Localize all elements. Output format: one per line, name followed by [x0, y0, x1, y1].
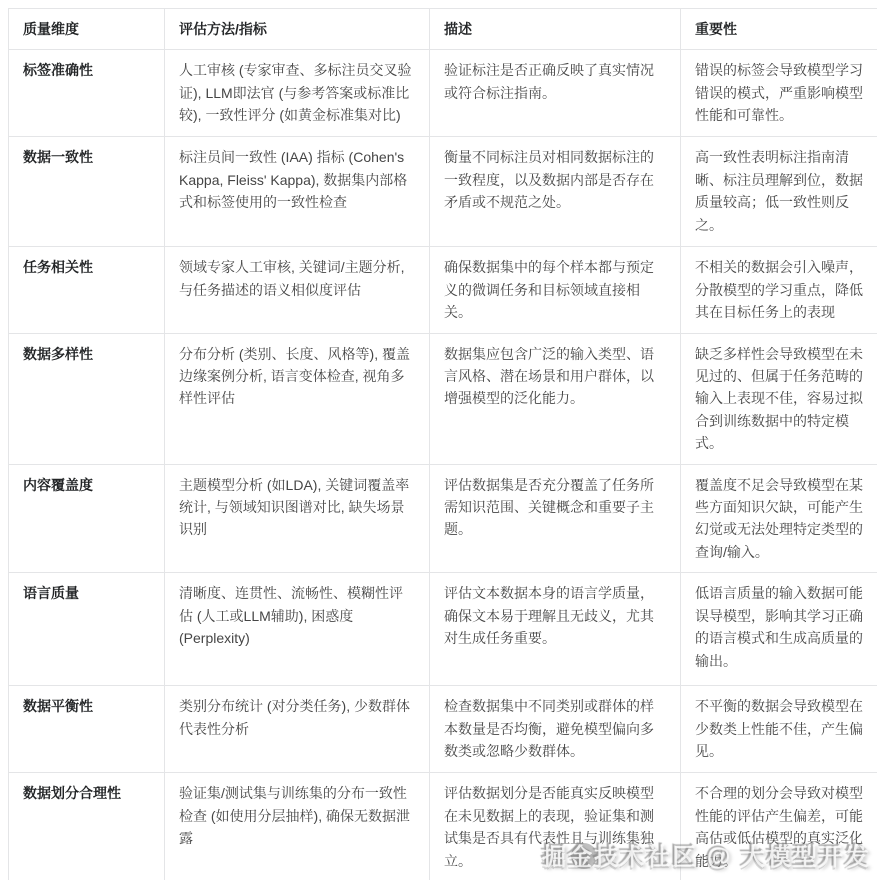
cell-importance: 覆盖度不足会导致模型在某些方面知识欠缺，可能产生幻觉或无法处理特定类型的查询/输…	[681, 464, 877, 573]
cell-method: 人工审核 (专家审查、多标注员交叉验证), LLM即法官 (与参考答案或标准比较…	[165, 50, 430, 137]
quality-dimensions-table-container: 质量维度 评估方法/指标 描述 重要性 标签准确性 人工审核 (专家审查、多标注…	[8, 8, 877, 880]
cell-dimension: 数据平衡性	[9, 686, 165, 773]
cell-description: 数据集应包含广泛的输入类型、语言风格、潜在场景和用户群体，以增强模型的泛化能力。	[430, 333, 681, 464]
cell-dimension: 数据一致性	[9, 137, 165, 247]
cell-dimension: 数据多样性	[9, 333, 165, 464]
cell-method: 分布分析 (类别、长度、风格等), 覆盖边缘案例分析, 语言变体检查, 视角多样…	[165, 333, 430, 464]
cell-description: 衡量不同标注员对相同数据标注的一致程度，以及数据内部是否存在矛盾或不规范之处。	[430, 137, 681, 247]
header-cell-description: 描述	[430, 9, 681, 50]
cell-method: 验证集/测试集与训练集的分布一致性检查 (如使用分层抽样), 确保无数据泄露	[165, 773, 430, 880]
cell-description: 验证标注是否正确反映了真实情况或符合标注指南。	[430, 50, 681, 137]
cell-method: 类别分布统计 (对分类任务), 少数群体代表性分析	[165, 686, 430, 773]
cell-dimension: 内容覆盖度	[9, 464, 165, 573]
cell-method: 清晰度、连贯性、流畅性、模糊性评估 (人工或LLM辅助), 困惑度 (Perpl…	[165, 573, 430, 686]
cell-importance: 错误的标签会导致模型学习错误的模式，严重影响模型性能和可靠性。	[681, 50, 877, 137]
watermark: 掘金技术社区 @ 大模型开发	[542, 837, 871, 872]
cell-method: 领域专家人工审核, 关键词/主题分析, 与任务描述的语义相似度评估	[165, 247, 430, 333]
header-cell-dimension: 质量维度	[9, 9, 165, 50]
cell-description: 评估文本数据本身的语言学质量，确保文本易于理解且无歧义，尤其对生成任务重要。	[430, 573, 681, 686]
table-row: 数据平衡性 类别分布统计 (对分类任务), 少数群体代表性分析 检查数据集中不同…	[9, 686, 877, 773]
header-cell-method: 评估方法/指标	[165, 9, 430, 50]
table-row: 标签准确性 人工审核 (专家审查、多标注员交叉验证), LLM即法官 (与参考答…	[9, 50, 877, 137]
cell-method: 主题模型分析 (如LDA), 关键词覆盖率统计, 与领域知识图谱对比, 缺失场景…	[165, 464, 430, 573]
table-row: 语言质量 清晰度、连贯性、流畅性、模糊性评估 (人工或LLM辅助), 困惑度 (…	[9, 573, 877, 686]
cell-description: 评估数据集是否充分覆盖了任务所需知识范围、关键概念和重要子主题。	[430, 464, 681, 573]
cell-description: 检查数据集中不同类别或群体的样本数量是否均衡，避免模型偏向多数类或忽略少数群体。	[430, 686, 681, 773]
cell-method: 标注员间一致性 (IAA) 指标 (Cohen's Kappa, Fleiss'…	[165, 137, 430, 247]
table-row: 数据一致性 标注员间一致性 (IAA) 指标 (Cohen's Kappa, F…	[9, 137, 877, 247]
cell-dimension: 标签准确性	[9, 50, 165, 137]
table-row: 任务相关性 领域专家人工审核, 关键词/主题分析, 与任务描述的语义相似度评估 …	[9, 247, 877, 333]
cell-dimension: 任务相关性	[9, 247, 165, 333]
table-header-row: 质量维度 评估方法/指标 描述 重要性	[9, 9, 877, 50]
cell-importance: 高一致性表明标注指南清晰、标注员理解到位，数据质量较高；低一致性则反之。	[681, 137, 877, 247]
cell-importance: 不平衡的数据会导致模型在少数类上性能不佳，产生偏见。	[681, 686, 877, 773]
table-row: 内容覆盖度 主题模型分析 (如LDA), 关键词覆盖率统计, 与领域知识图谱对比…	[9, 464, 877, 573]
cell-importance: 低语言质量的输入数据可能误导模型，影响其学习正确的语言模式和生成高质量的输出。	[681, 573, 877, 686]
cell-importance: 不相关的数据会引入噪声，分散模型的学习重点，降低其在目标任务上的表现	[681, 247, 877, 333]
quality-dimensions-table: 质量维度 评估方法/指标 描述 重要性 标签准确性 人工审核 (专家审查、多标注…	[8, 8, 877, 880]
cell-importance: 缺乏多样性会导致模型在未见过的、但属于任务范畴的输入上表现不佳，容易过拟合到训练…	[681, 333, 877, 464]
cell-dimension: 语言质量	[9, 573, 165, 686]
header-cell-importance: 重要性	[681, 9, 877, 50]
cell-dimension: 数据划分合理性	[9, 773, 165, 880]
cell-description: 确保数据集中的每个样本都与预定义的微调任务和目标领域直接相关。	[430, 247, 681, 333]
table-row: 数据多样性 分布分析 (类别、长度、风格等), 覆盖边缘案例分析, 语言变体检查…	[9, 333, 877, 464]
